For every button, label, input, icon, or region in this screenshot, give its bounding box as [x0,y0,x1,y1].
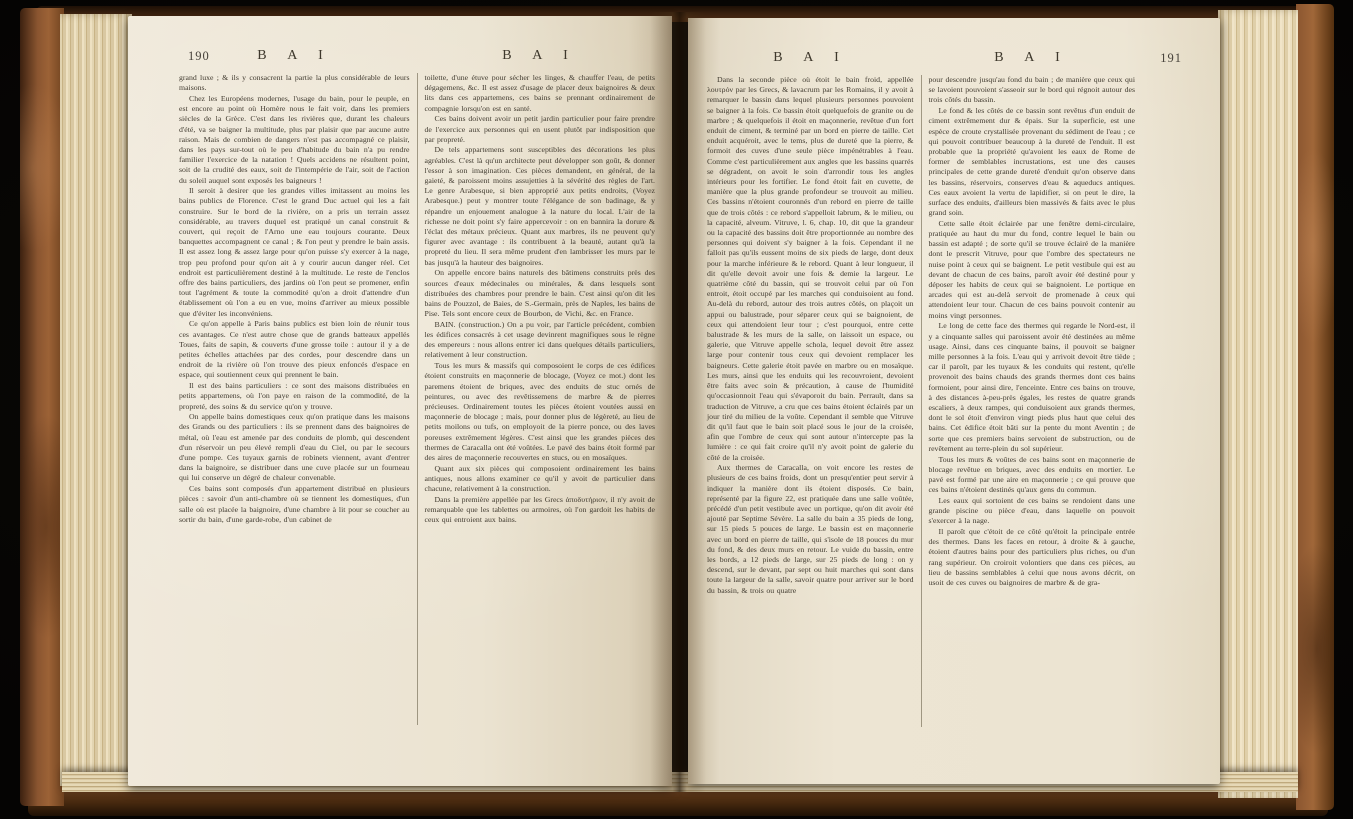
text-column: toilette, d'une étuve pour sécher les li… [417,73,663,725]
folio-number: 190 [188,49,210,64]
paragraph: Dans la première appellée par les Grecs … [425,495,656,526]
book-cover-right [1296,4,1334,810]
paragraph: Il est des bains particuliers : ce sont … [179,381,410,412]
page-fore-edges-left [60,14,132,786]
right-page-header: B A I B A I 191 [688,18,1220,66]
running-title: B A I [417,48,662,64]
paragraph: toilette, d'une étuve pour sécher les li… [425,73,656,114]
paragraph: Tous les murs & voûtes de ces bains sont… [929,455,1136,496]
book-cover-left [20,8,64,806]
text-column: grand luxe ; & ils y consacrent la parti… [172,73,417,725]
paragraph: Ces bains sont composés d'un appartement… [179,484,410,525]
paragraph: Aux thermes de Caracalla, on voit encore… [707,463,914,596]
paragraph: On appelle bains domestiques ceux qu'on … [179,412,410,483]
paragraph: Il paroît que c'étoit de ce côté qu'étoi… [929,527,1136,588]
right-page: B A I B A I 191 Dans la seconde pièce où… [688,18,1220,784]
paragraph: De tels appartemens sont susceptibles de… [425,145,656,267]
left-page: 190 B A I B A I grand luxe ; & ils y con… [128,16,672,786]
paragraph: Ce qu'on appelle à Paris bains publics e… [179,319,410,380]
folio-number: 191 [1160,51,1182,66]
left-page-header: 190 B A I B A I [128,16,672,64]
text-column: pour descendre jusqu'au fond du bain ; d… [921,75,1143,727]
paragraph: Le long de cette face des thermes qui re… [929,321,1136,454]
paragraph: BAIN. (construction.) On a pu voir, par … [425,320,656,361]
paragraph: Ces bains doivent avoir un petit jardin … [425,114,656,145]
left-page-text-block: grand luxe ; & ils y consacrent la parti… [128,73,672,725]
running-title: B A I [700,50,921,66]
paragraph: Il seroit à desirer que les grandes vill… [179,186,410,319]
paragraph: On appelle encore bains naturels des bât… [425,268,656,319]
paragraph: Dans la seconde pièce où étoit le bain f… [707,75,914,463]
page-fore-edges-right [1218,10,1298,798]
running-title: B A I [921,50,1142,66]
paragraph: Cette salle étoit éclairée par une fenêt… [929,219,1136,321]
paragraph: grand luxe ; & ils y consacrent la parti… [179,73,410,93]
text-column: Dans la seconde pièce où étoit le bain f… [700,75,921,727]
right-page-text-block: Dans la seconde pièce où étoit le bain f… [688,75,1220,727]
paragraph: pour descendre jusqu'au fond du bain ; d… [929,75,1136,106]
paragraph: Tous les murs & massifs qui composoient … [425,361,656,463]
paragraph: Quant aux six pièces qui composoient ord… [425,464,656,495]
paragraph: Le fond & les côtés de ce bassin sont re… [929,106,1136,218]
paragraph: Les eaux qui sortoient de ces bains se r… [929,496,1136,527]
book-photograph: 190 B A I B A I grand luxe ; & ils y con… [0,0,1353,819]
paragraph: Chez les Européens modernes, l'usage du … [179,94,410,186]
